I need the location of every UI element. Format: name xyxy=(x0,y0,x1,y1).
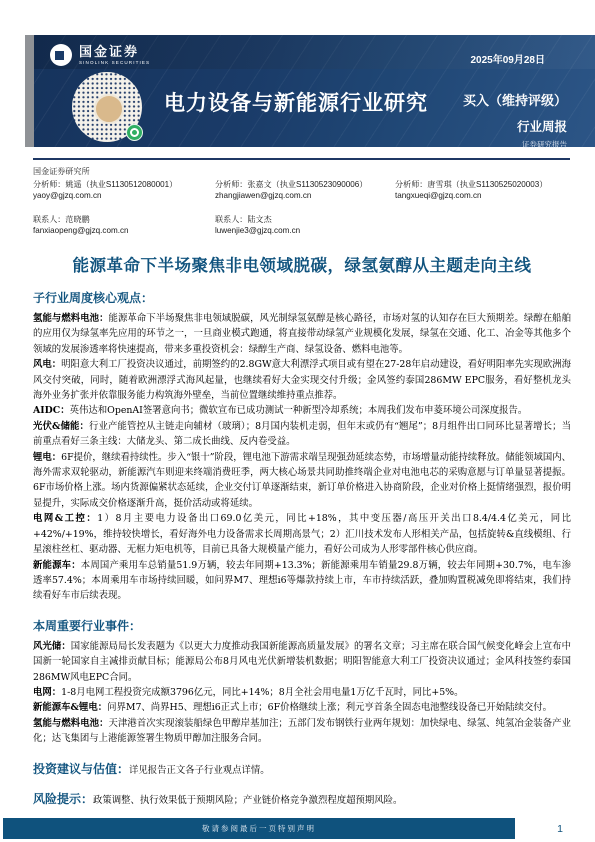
paragraph-text: 6F提价，继续看持续性。步入“银十”阶段，锂电池下游需求端呈现强劲延续态势，市场… xyxy=(33,452,571,509)
paragraph-text: 1-8月电网工程投资完成额3796亿元，同比+14%；8月全社会用电量1万亿千瓦… xyxy=(61,687,463,698)
sinolink-logo-icon xyxy=(50,44,72,66)
paragraph-lead: 新能源车&锂电： xyxy=(33,702,107,713)
event-grid: 电网：1-8月电网工程投资完成额3796亿元，同比+14%；8月全社会用电量1万… xyxy=(33,685,571,700)
brand-name-en: SINOLINK SECURITIES xyxy=(79,61,150,66)
brand-logo: 国金证券 SINOLINK SECURITIES xyxy=(50,44,150,66)
report-type: 行业周报 xyxy=(463,117,567,135)
paragraph-text: 明阳意大利工厂投资决议通过，前期签约的2.8GW意大利漂浮式项目或有望在27-2… xyxy=(33,359,571,401)
event-hydrogen: 氢能与燃料电池：天津港首次实现滚装船绿色甲醇岸基加注；五部门发布钢铁行业两年规划… xyxy=(33,716,571,747)
contact-2: 联系人：陆文杰 luwenjie3@gjzq.com.cn xyxy=(215,214,395,237)
qr-code xyxy=(72,72,142,142)
analyst-3-email: tangxueqi@gjzq.com.cn xyxy=(395,190,570,202)
contact-2-title: 联系人：陆文杰 xyxy=(215,214,395,226)
report-header: 国金证券 SINOLINK SECURITIES 2025年09月28日 电力设… xyxy=(34,35,595,147)
paragraph-lead: 新能源车： xyxy=(33,560,81,571)
analyst-1-email: yaoy@gjzq.com.cn xyxy=(33,190,215,202)
paragraph-text: 能源革命下半场聚焦非电领域脱碳，风光制绿氢氨醇是核心路径，市场对氢的认知存在巨大… xyxy=(33,313,571,355)
analyst-block: 国金证券研究所 分析师：姚遥（执业S1130512080001） yaoy@gj… xyxy=(33,166,570,237)
qr-center-badge xyxy=(94,94,124,124)
analyst-2-email: zhangjiawen@gjzq.com.cn xyxy=(215,190,395,202)
paragraph-lead: 风光储： xyxy=(33,641,71,652)
analyst-1-title: 分析师：姚遥（执业S1130512080001） xyxy=(33,179,215,191)
header-divider xyxy=(33,158,570,160)
risk-text: 政策调整、执行效果低于预期风险；产业链价格竞争激烈程度超预期风险。 xyxy=(93,795,402,806)
paragraph-lead: 氢能与燃料电池： xyxy=(33,313,109,324)
paragraph-text: 问界M7、尚界H5、理想i6正式上市；6F价格继续上涨；利元亨首条全固态电池整线… xyxy=(107,702,552,713)
contact-row: 联系人：范晓鹏 fanxiaopeng@gjzq.com.cn 联系人：陆文杰 … xyxy=(33,214,570,237)
paragraph-text: 1）8月主要电力设备出口69.0亿美元，同比+18%，其中变压器/高压开关出口8… xyxy=(33,513,571,555)
paragraph-lead: 风电： xyxy=(33,359,61,370)
paragraph-text: 国家能源局局长发表题为《以更大力度推动我国新能源高质量发展》的署名文章；习主席在… xyxy=(33,641,571,683)
viewpoint-solar-storage: 光伏&储能：行业产能管控从主链走向辅材（玻璃）；8月国内装机走弱，但年末或仍有“… xyxy=(33,419,571,450)
footer-disclaimer-bar: 敬请参阅最后一页特别声明 xyxy=(3,818,515,839)
rating-badge: 买入（维持评级） xyxy=(463,90,567,109)
paragraph-lead: 光伏&储能： xyxy=(33,421,89,432)
paragraph-text: 天津港首次实现滚装船绿色甲醇岸基加注；五部门发布钢铁行业两年规划：加快绿电、绿氢… xyxy=(33,718,571,744)
section-heading-events: 本周重要行业事件： xyxy=(33,617,571,634)
report-body: 能源革命下半场聚焦非电领域脱碳，绿氢氨醇从主题走向主线 子行业周度核心观点： 氢… xyxy=(33,252,571,807)
section-heading-viewpoints: 子行业周度核心观点： xyxy=(33,289,571,306)
risk-warning: 风险提示：政策调整、执行效果低于预期风险；产业链价格竞争激烈程度超预期风险。 xyxy=(33,790,571,807)
paragraph-text: 英伟达和OpenAI签署意向书；微软宣布已成功测试一种新型冷却系统；本周我们发布… xyxy=(70,405,528,416)
event-wind-solar-storage: 风光储：国家能源局局长发表题为《以更大力度推动我国新能源高质量发展》的署名文章；… xyxy=(33,639,571,685)
analyst-2-title: 分析师：张嘉文（执业S1130523090006） xyxy=(215,179,395,191)
advice-label: 投资建议与估值： xyxy=(33,762,129,776)
viewpoint-grid: 电网&工控：1）8月主要电力设备出口69.0亿美元，同比+18%，其中变压器/高… xyxy=(33,511,571,557)
viewpoint-ev: 新能源车：本周国产乘用车总销量51.9万辆，较去年同期+13.3%；新能源乘用车… xyxy=(33,558,571,604)
report-date: 2025年09月28日 xyxy=(471,51,546,66)
analyst-row: 分析师：姚遥（执业S1130512080001） yaoy@gjzq.com.c… xyxy=(33,179,570,202)
viewpoint-hydrogen: 氢能与燃料电池：能源革命下半场聚焦非电领域脱碳，风光制绿氢氨醇是核心路径，市场对… xyxy=(33,311,571,357)
paragraph-lead: 电网： xyxy=(33,687,61,698)
viewpoint-wind: 风电：明阳意大利工厂投资决议通过，前期签约的2.8GW意大利漂浮式项目或有望在2… xyxy=(33,357,571,403)
wechat-icon xyxy=(126,124,143,141)
advice-text: 详见报告正文各子行业观点详情。 xyxy=(129,765,270,776)
contact-1: 联系人：范晓鹏 fanxiaopeng@gjzq.com.cn xyxy=(33,214,215,237)
contact-1-email: fanxiaopeng@gjzq.com.cn xyxy=(33,225,215,237)
paragraph-text: 行业产能管控从主链走向辅材（玻璃）；8月国内装机走弱，但年末或仍有“翘尾”；8月… xyxy=(33,421,571,447)
brand-text: 国金证券 SINOLINK SECURITIES xyxy=(79,45,150,66)
contact-1-title: 联系人：范晓鹏 xyxy=(33,214,215,226)
footer-disclaimer: 敬请参阅最后一页特别声明 xyxy=(202,823,316,834)
investment-advice: 投资建议与估值：详见报告正文各子行业观点详情。 xyxy=(33,760,571,777)
header-rating-block: 买入（维持评级） 行业周报 证券研究报告 xyxy=(463,90,567,150)
research-org: 国金证券研究所 xyxy=(33,166,570,178)
report-label: 证券研究报告 xyxy=(463,139,567,150)
brand-name-cn: 国金证券 xyxy=(79,45,150,58)
report-page: 国金证券 SINOLINK SECURITIES 2025年09月28日 电力设… xyxy=(0,0,595,842)
page-number: 1 xyxy=(540,818,580,839)
analyst-1: 分析师：姚遥（执业S1130512080001） yaoy@gjzq.com.c… xyxy=(33,179,215,202)
paragraph-lead: 锂电： xyxy=(33,452,61,463)
analyst-3: 分析师：唐雪琪（执业S1130525020003） tangxueqi@gjzq… xyxy=(395,179,570,202)
report-headline: 能源革命下半场聚焦非电领域脱碳，绿氢氨醇从主题走向主线 xyxy=(33,252,571,276)
paragraph-lead: 电网&工控： xyxy=(33,513,97,524)
paragraph-lead: 氢能与燃料电池： xyxy=(33,718,109,729)
viewpoint-aidc: AIDC：英伟达和OpenAI签署意向书；微软宣布已成功测试一种新型冷却系统；本… xyxy=(33,403,571,418)
risk-label: 风险提示： xyxy=(33,792,93,806)
analyst-3-title: 分析师：唐雪琪（执业S1130525020003） xyxy=(395,179,570,191)
analyst-2: 分析师：张嘉文（执业S1130523090006） zhangjiawen@gj… xyxy=(215,179,395,202)
report-title: 电力设备与新能源行业研究 xyxy=(164,87,405,117)
viewpoint-lithium: 锂电：6F提价，继续看持续性。步入“银十”阶段，锂电池下游需求端呈现强劲延续态势… xyxy=(33,450,571,512)
header-left-shadow xyxy=(25,35,34,147)
event-ev-lithium: 新能源车&锂电：问界M7、尚界H5、理想i6正式上市；6F价格继续上涨；利元亨首… xyxy=(33,700,571,715)
paragraph-lead: AIDC： xyxy=(33,405,70,416)
contact-2-email: luwenjie3@gjzq.com.cn xyxy=(215,225,395,237)
paragraph-text: 本周国产乘用车总销量51.9万辆，较去年同期+13.3%；新能源乘用车销量29.… xyxy=(33,560,571,602)
